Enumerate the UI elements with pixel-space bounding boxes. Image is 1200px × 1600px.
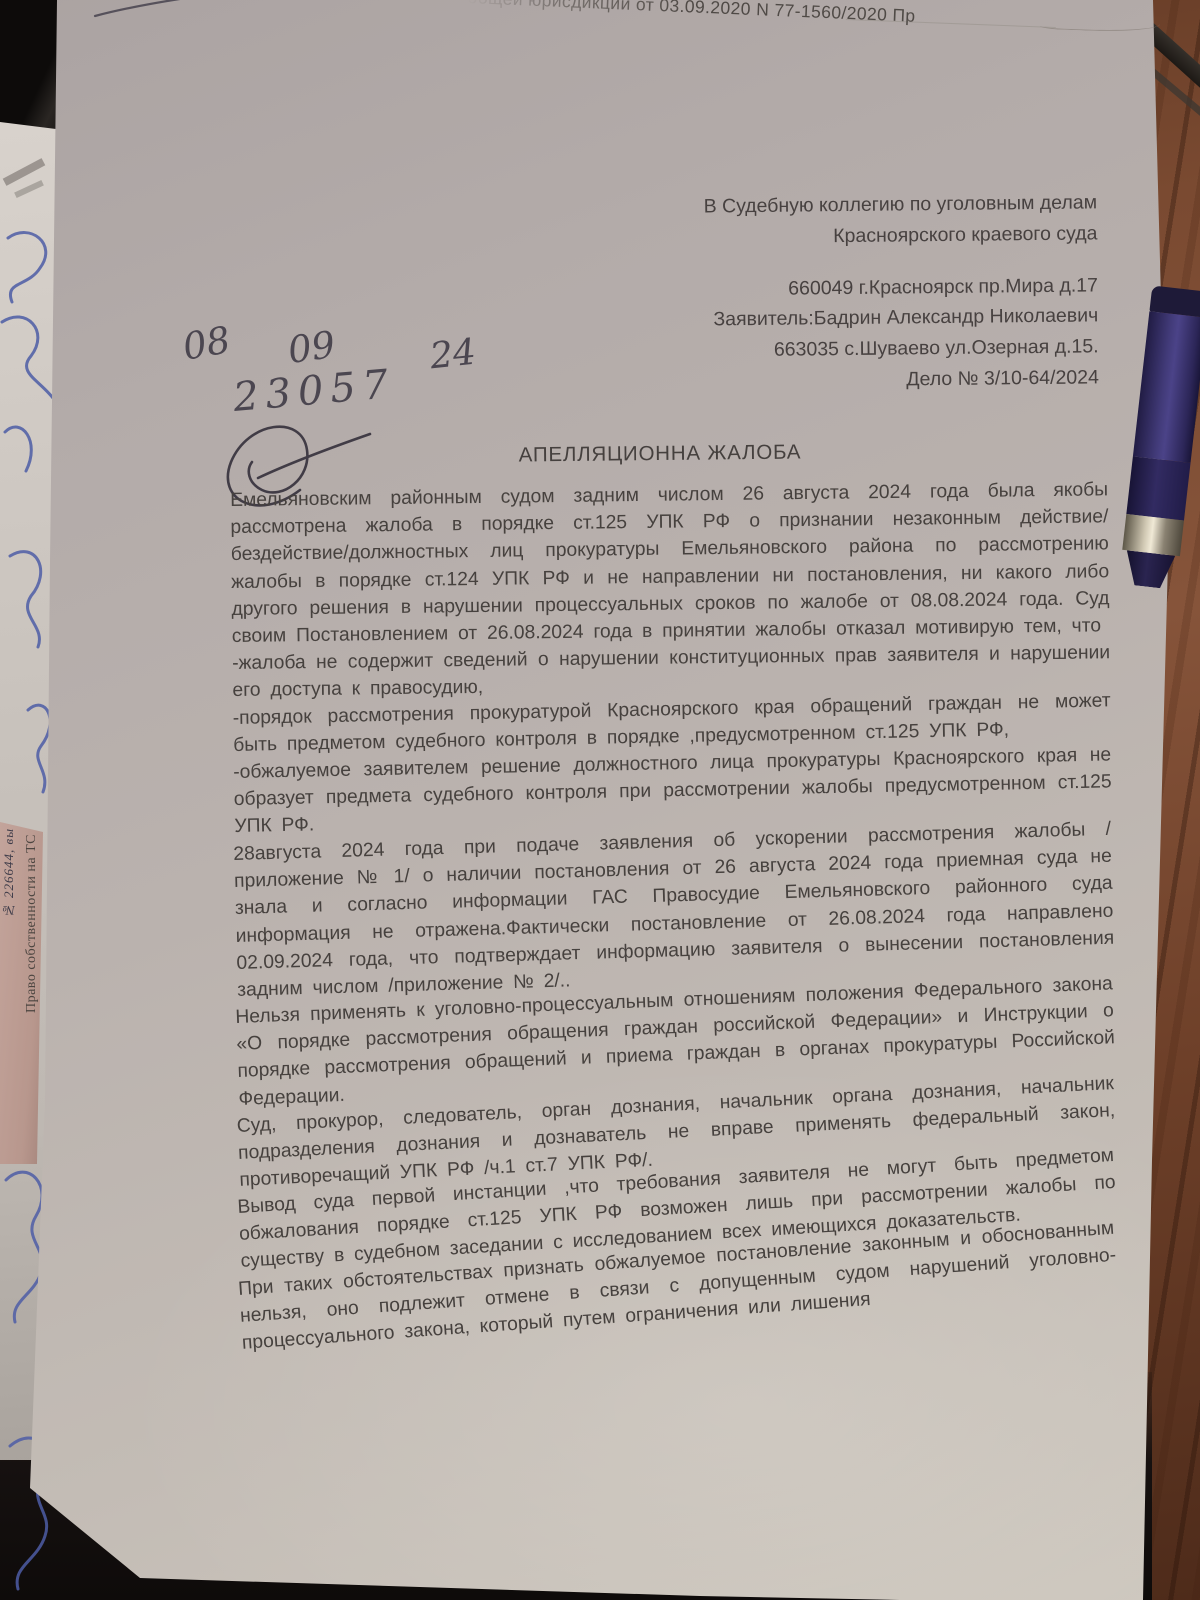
handwritten-year: 24 <box>428 332 478 378</box>
paragraph: Емельяновским районным судом задним числ… <box>230 476 1110 650</box>
pen-cone <box>1118 550 1179 590</box>
pen-grip <box>1126 456 1190 520</box>
recipient-line: В Судебную коллегию по уголовным делам <box>597 187 1097 223</box>
recipient-line: Красноярского краевого суда <box>597 218 1097 254</box>
case-number: Дело № 3/10-64/2024 <box>599 362 1099 398</box>
signature <box>0 0 420 560</box>
document-header: В Судебную коллегию по уголовным делам К… <box>597 187 1099 398</box>
photo-of-document: { "colors": { "paper": "#bcb5b1", "desk_… <box>0 0 1200 1600</box>
pen-tip <box>1115 584 1176 620</box>
pen-ferrule <box>1122 514 1184 556</box>
document-body: Емельяновским районным судом задним числ… <box>230 476 1119 1357</box>
